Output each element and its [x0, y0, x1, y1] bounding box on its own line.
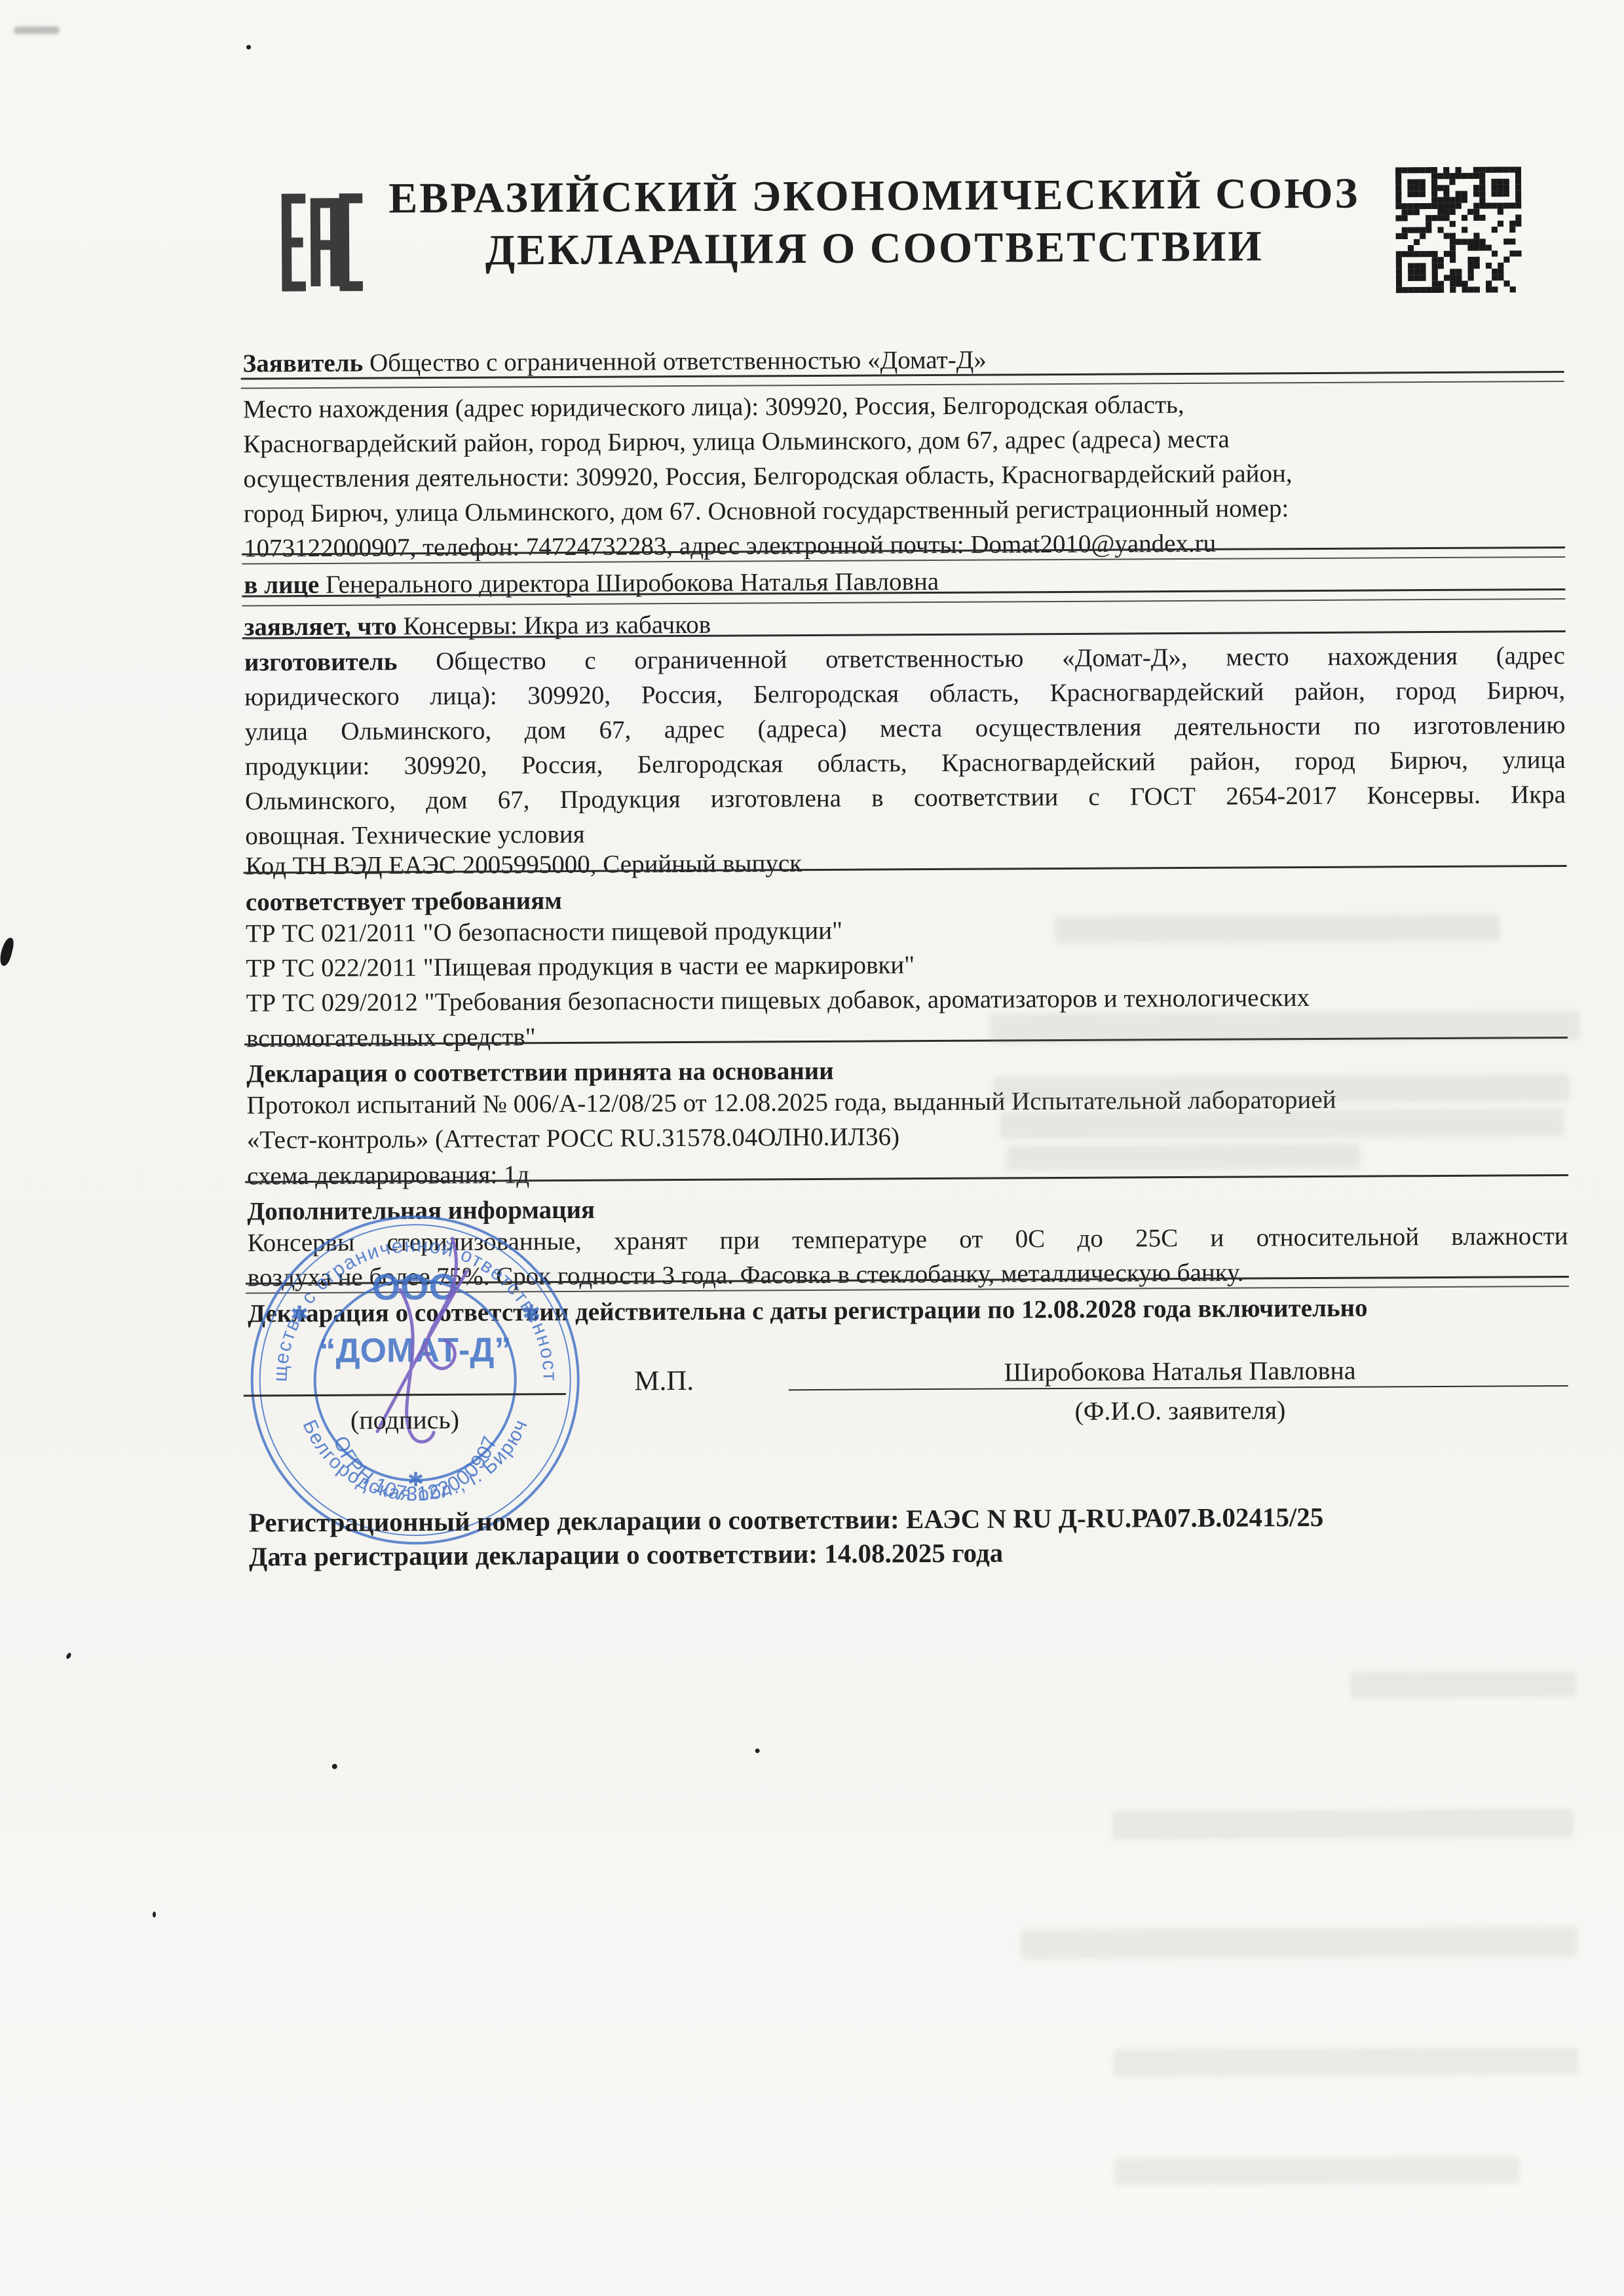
- ink-speck: [66, 1652, 72, 1660]
- applicant-fullname: Широбокова Наталья Павловна: [792, 1354, 1568, 1388]
- stamp-star-bottom: ✱: [407, 1469, 424, 1491]
- manufacturer-line: изготовитель Общество с ограниченной отв…: [244, 640, 1565, 679]
- scanned-page: ЕВРАЗИЙСКИЙ ЭКОНОМИЧЕСКИЙ СОЮЗ ДЕКЛАРАЦИ…: [0, 0, 1624, 2296]
- ghost-text-smudge: [1000, 1109, 1564, 1139]
- manufacturer-label: изготовитель: [244, 647, 398, 676]
- applicant-address-line: осуществления деятельности: 309920, Росс…: [243, 456, 1564, 496]
- applicant-address-line: город Бирюч, улица Ольминского, дом 67. …: [244, 491, 1564, 531]
- manufacturer-line: продукции: 309920, Россия, Белгородская …: [245, 744, 1566, 784]
- ink-speck: [755, 1748, 760, 1753]
- stamp-star-left: ✱: [290, 1302, 309, 1327]
- manufacturer-line: юридического лица): 309920, Россия, Белг…: [244, 674, 1565, 714]
- ghost-text-smudge: [1007, 1144, 1361, 1171]
- registration-date-line: Дата регистрации декларации о соответств…: [249, 1533, 1570, 1573]
- stamp-star-right: ✱: [522, 1301, 541, 1326]
- applicant-address-line: Место нахождения (адрес юридического лиц…: [243, 387, 1564, 427]
- ghost-text-smudge: [1055, 913, 1500, 944]
- applicant-label: Заявитель: [242, 349, 363, 378]
- ghost-text-smudge: [993, 1074, 1570, 1105]
- ink-speck: [14, 26, 60, 34]
- ghost-text-smudge: [1021, 1926, 1577, 1959]
- declaration-scheme-line: схема декларирования: 1д: [247, 1153, 1568, 1193]
- ink-speck: [246, 45, 251, 49]
- signature-caption: (подпись): [244, 1404, 566, 1436]
- ink-blot: [0, 936, 15, 967]
- manufacturer-line1: Общество с ограниченной ответственностью…: [436, 641, 1565, 676]
- document-title-line2: ДЕКЛАРАЦИЯ О СООТВЕТСТВИИ: [337, 221, 1411, 277]
- ink-speck: [332, 1764, 337, 1769]
- ghost-text-smudge: [1113, 2047, 1578, 2077]
- ghost-text-smudge: [990, 1010, 1579, 1044]
- manufacturer-line: улица Ольминского, дом 67, адрес (адреса…: [244, 709, 1565, 749]
- declaration-document: ЕВРАЗИЙСКИЙ ЭКОНОМИЧЕСКИЙ СОЮЗ ДЕКЛАРАЦИ…: [0, 0, 1624, 2296]
- seal-place-label: М.П.: [612, 1365, 717, 1398]
- document-title-line1: ЕВРАЗИЙСКИЙ ЭКОНОМИЧЕСКИЙ СОЮЗ: [337, 168, 1411, 224]
- applicant-address-line: Красногвардейский район, город Бирюч, ул…: [243, 421, 1564, 461]
- tnved-code-line: Код ТН ВЭД ЕАЭС 2005995000, Серийный вып…: [245, 843, 1566, 883]
- applicant-value: Общество с ограниченной ответственностью…: [369, 346, 987, 377]
- ghost-text-smudge: [1114, 2156, 1520, 2185]
- stamp-center-line1: ООО: [371, 1266, 457, 1308]
- ghost-text-smudge: [1350, 1671, 1576, 1698]
- ink-speck: [153, 1911, 156, 1917]
- fullname-caption: (Ф.И.О. заявителя): [792, 1393, 1568, 1428]
- regulation-line: ТР ТС 022/2011 "Пищевая продукция в част…: [246, 946, 1566, 985]
- qr-code: [1395, 166, 1522, 293]
- ghost-text-smudge: [1112, 1808, 1574, 1840]
- registration-number-line: Регистрационный номер декларации о соотв…: [249, 1499, 1570, 1539]
- manufacturer-line: Ольминского, дом 67, Продукция изготовле…: [245, 778, 1566, 818]
